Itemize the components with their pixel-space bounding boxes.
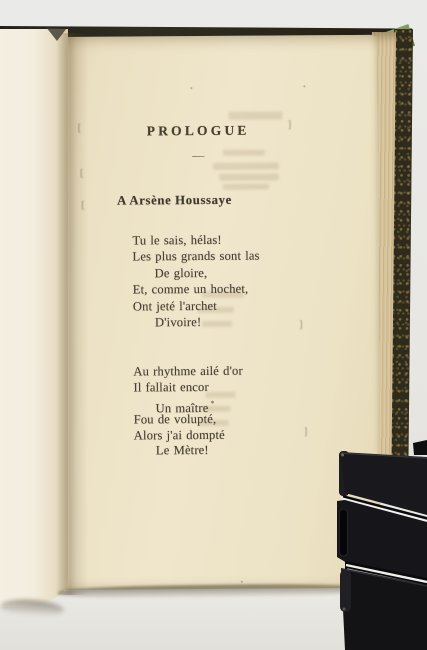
gutter-shadow [56,33,90,595]
binder-clip-stack [330,437,427,650]
paper-speck [303,85,305,87]
margin-mark: ] [288,119,292,129]
page-title: PROLOGUE [96,122,301,139]
poem-line: Ont jeté l'archet [133,297,260,314]
margin-mark: ] [299,319,303,329]
poem-line: Alors j'ai dompté [134,427,244,444]
poem-line: D'ivoire! [133,314,260,331]
show-through-smudge [203,406,231,412]
poem-line: Au rhythme ailé d'or [133,364,243,381]
show-through-smudge [202,291,244,298]
poem-stanza-1: Tu le sais, hélas! Les plus grands sont … [132,232,260,331]
dedication-line: A Arsène Houssaye [117,193,232,209]
show-through-smudge [223,150,265,156]
show-through-smudge [199,420,229,426]
title-rule: — [96,147,301,163]
show-through-smudge [205,392,235,398]
show-through-smudge [213,162,279,169]
poem-line: Tu le sais, hélas! [132,232,259,249]
margin-mark: ] [304,426,308,436]
paper-speck [241,581,243,583]
poem-line: De gloire, [133,264,260,281]
poem-line: Le Mètre! [134,443,244,460]
show-through-smudge [223,184,269,190]
show-through-smudge [229,111,283,119]
paper-speck [190,87,192,89]
show-through-smudge [198,307,234,313]
show-through-smudge [219,173,279,180]
poem-line: Les plus grands sont las [132,248,259,265]
photo-of-open-book: { "book_page": { "title": "PROLOGUE", "t… [0,0,427,650]
book-cast-shadow [0,598,64,618]
show-through-smudge [202,321,232,327]
